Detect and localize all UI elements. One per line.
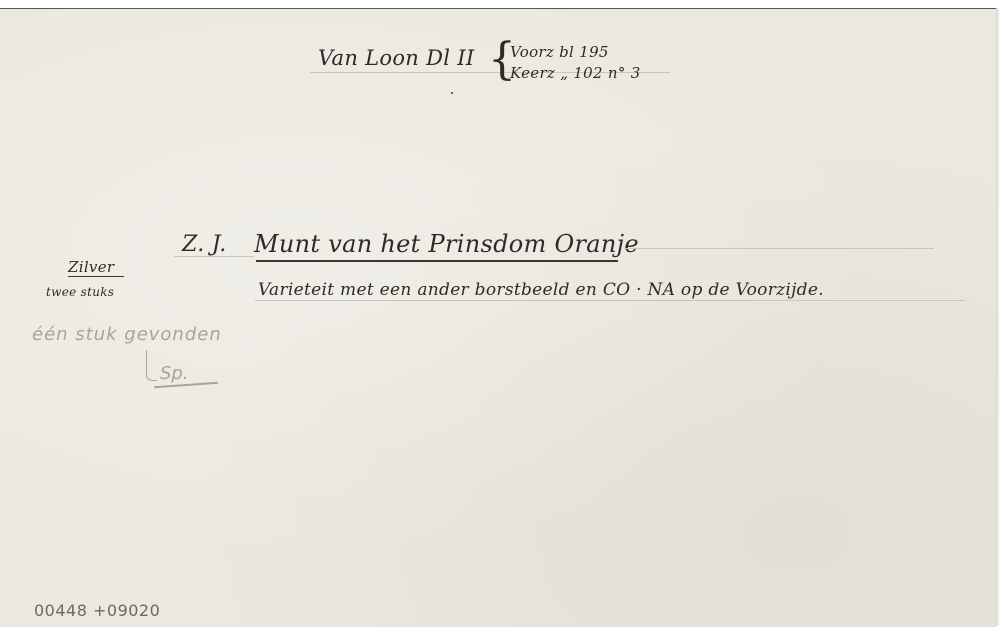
variety-rule [255,300,965,301]
pencil-bracket [146,350,157,381]
entry-title: Munt van het Prinsdom Oranje [254,230,639,258]
reference-obverse: Voorz bl 195 [510,43,609,61]
metal-label: Zilver [68,258,114,276]
title-rule-right [624,248,934,249]
entry-prefix: Z. J. [182,232,227,257]
ink-dot [451,92,453,94]
inventory-number: 00448 +09020 [34,601,160,620]
count-label: twee stuks [46,285,114,299]
pencil-initials: Sp. [160,363,189,384]
entry-title-underline [256,260,618,262]
reference-title: Van Loon Dl II [318,46,474,70]
pencil-note: één stuk gevonden [32,324,222,345]
reference-reverse: Keerz „ 102 n° 3 [510,64,641,82]
metal-underline [68,276,124,277]
entry-variety: Varieteit met een ander borstbeeld en CO… [258,280,824,300]
index-card [0,8,996,627]
card-edge [996,8,1000,626]
